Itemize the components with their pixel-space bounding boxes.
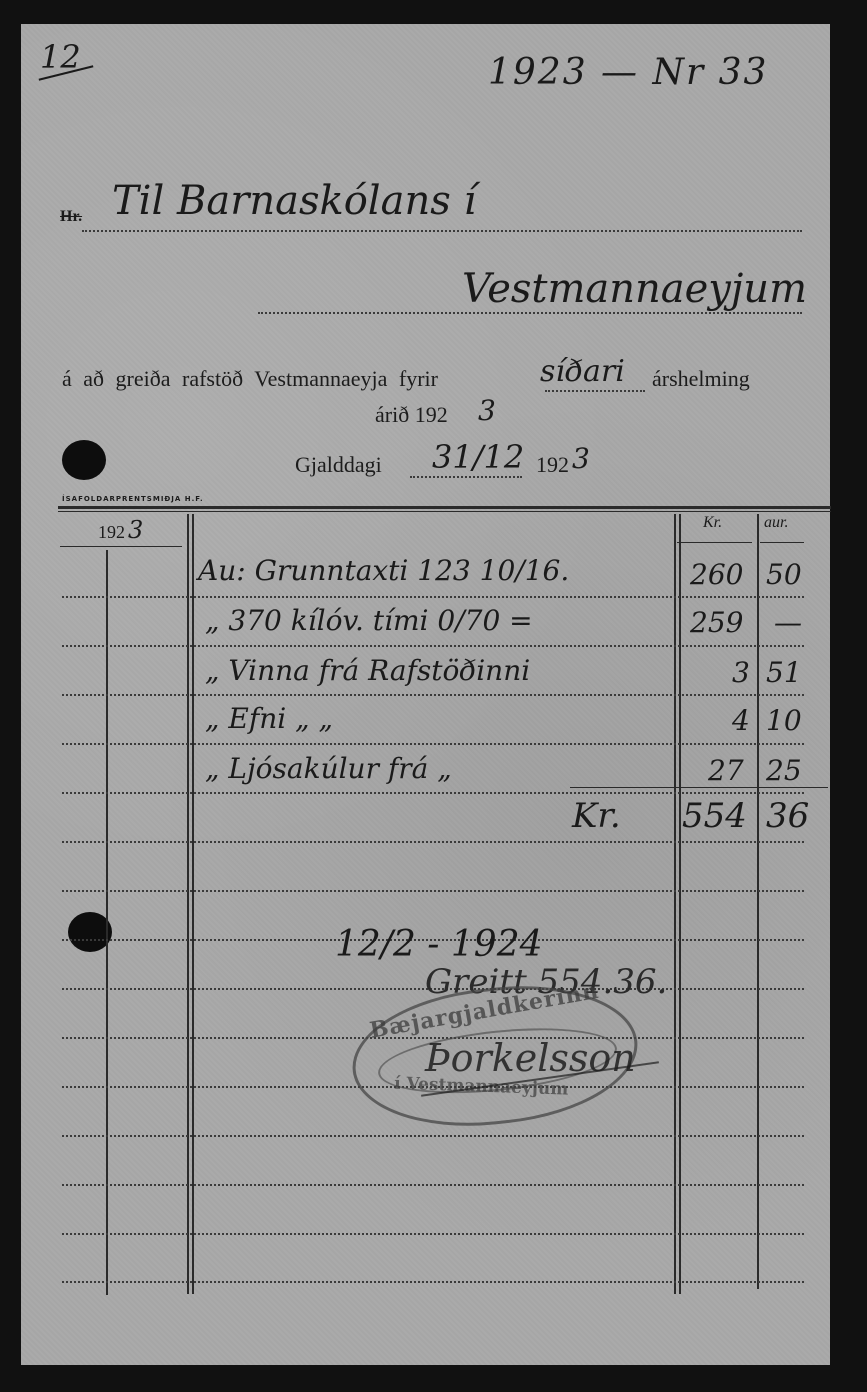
ledger-rule-13 (62, 1184, 804, 1186)
table-top-rule-thin (58, 511, 831, 512)
date-column-header: 192 (98, 522, 125, 543)
ledger-rule-12 (62, 1135, 804, 1137)
year-label: árið 192 (375, 402, 448, 428)
line-item-description: Au: Grunntaxti 123 10/16. (198, 554, 569, 587)
due-date-label: Gjalddagi (295, 452, 382, 478)
line-item-kr: 27 (708, 754, 744, 787)
ledger-rule-15 (62, 1281, 804, 1283)
line-item-aur: — (774, 606, 802, 639)
total-rule (570, 787, 828, 788)
line-item-kr: 260 (690, 558, 743, 591)
ledger-rule-5 (62, 792, 804, 794)
kr-left-border-1 (674, 514, 676, 1294)
kr-header-rule (677, 542, 752, 543)
ledger-rule-4 (62, 743, 804, 745)
line-item-description: „ Ljósakúlur frá „ (205, 752, 452, 785)
due-year-digit: 3 (572, 442, 590, 475)
total-label: Kr. (572, 796, 621, 836)
addressee-line-2-rule (258, 312, 802, 314)
line-item-aur: 51 (766, 656, 802, 689)
aur-column-header: aur. (764, 514, 788, 532)
addressee-line-2: Vestmannaeyjum (462, 266, 807, 312)
body-text-part-1: á að greiða rafstöð Vestmannaeyja fyrir (62, 366, 438, 392)
ledger-rule-7 (62, 890, 804, 892)
ledger-rule-2 (62, 645, 804, 647)
due-date-rule (410, 476, 522, 478)
total-kr: 554 (682, 796, 747, 836)
printer-imprint: ÍSAFOLDARPRENTSMIÐJA H.F. (62, 495, 204, 503)
punch-hole-top (62, 440, 106, 480)
addressee-line-1-rule (82, 230, 802, 232)
description-left-border-2 (192, 514, 194, 1294)
aur-left-border (757, 514, 759, 1289)
year-digit: 3 (478, 394, 496, 427)
date-column-header-digit: 3 (128, 516, 143, 544)
line-item-kr: 3 (732, 656, 750, 689)
line-item-kr: 259 (690, 606, 743, 639)
due-year-label: 192 (536, 452, 569, 478)
aur-header-rule (760, 542, 804, 543)
line-item-kr: 4 (732, 704, 750, 737)
addressee-line-1: Til Barnaskólans í (112, 178, 476, 224)
total-aur: 36 (766, 796, 809, 836)
description-left-border-1 (187, 514, 189, 1294)
body-half-year: síðari (540, 354, 625, 389)
kr-left-border-2 (679, 514, 681, 1294)
line-item-aur: 25 (766, 754, 802, 787)
table-top-rule (58, 506, 831, 509)
body-half-year-rule (545, 390, 645, 392)
line-item-description: „ 370 kílóv. tími 0/70 = (205, 604, 533, 637)
line-item-aur: 10 (766, 704, 802, 737)
due-date-value: 31/12 (432, 438, 524, 476)
treasurer-signature: Þorkelsson (425, 1036, 636, 1080)
line-item-description: „ Efni „ „ (205, 702, 333, 735)
ledger-rule-1 (62, 596, 804, 598)
body-text-part-2: árshelming (652, 366, 750, 392)
ledger-rule-6 (62, 841, 804, 843)
date-header-rule (60, 546, 182, 547)
ledger-rule-14 (62, 1233, 804, 1235)
line-item-aur: 50 (766, 558, 802, 591)
document-number: 1923 — Nr 33 (488, 52, 768, 93)
addressee-prefix: Hr. (60, 208, 82, 226)
kr-column-header: Kr. (703, 514, 722, 532)
line-item-description: „ Vinna frá Rafstöðinni (205, 654, 530, 687)
payment-date: 12/2 - 1924 (335, 924, 543, 965)
ledger-rule-3 (62, 694, 804, 696)
